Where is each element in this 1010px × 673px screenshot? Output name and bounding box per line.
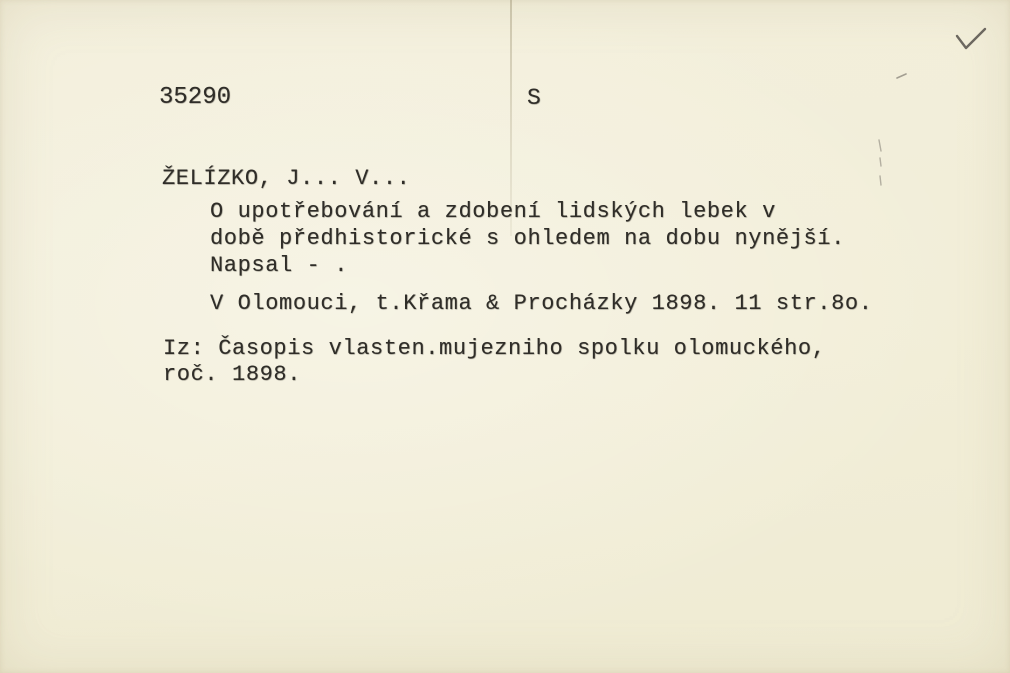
imprint-line: V Olomouci, t.Křama & Procházky 1898. 11…	[210, 291, 873, 316]
title-line: O upotřebování a zdobení lidských lebek …	[210, 199, 776, 224]
library-catalog-card: 35290 S ŽELÍZKO, J... V... O upotřebován…	[0, 0, 1010, 673]
source-note-line: roč. 1898.	[163, 362, 301, 387]
source-note-line: Iz: Časopis vlasten.mujezniho spolku olo…	[163, 336, 826, 361]
author-heading: ŽELÍZKO, J... V...	[162, 166, 410, 191]
pencil-checkmark-icon	[957, 29, 985, 48]
catalog-number: 35290	[159, 84, 231, 111]
pencil-dash-icon	[897, 74, 906, 78]
section-letter: S	[527, 85, 541, 111]
title-line: době předhistorické s ohledem na dobu ny…	[210, 226, 845, 251]
pencil-scribble-icon	[879, 140, 881, 185]
title-statement-line: Napsal - .	[210, 253, 348, 278]
